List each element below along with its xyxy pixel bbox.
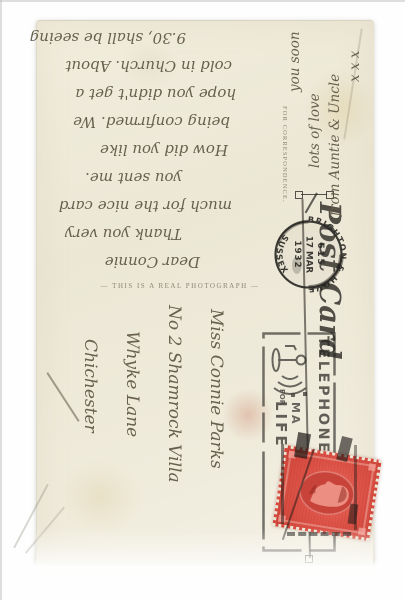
signoff-line: x x x <box>345 24 365 82</box>
message-line: 9.30, shall be seeing <box>36 24 186 52</box>
message-line: cold in Church. About <box>36 52 232 80</box>
signoff-line: you soon <box>285 24 305 92</box>
divider-ornament-square <box>305 555 313 563</box>
message-line: much for the nice card <box>36 192 232 220</box>
postmark-graphic: BRIGHTON & HOVE SUSSEX 615 17 MAR 1932 <box>260 206 357 303</box>
slogan-text-row2: MA <box>289 402 302 425</box>
stamp-corner-ornament <box>368 463 376 471</box>
postcard-photo: FOR CORRESPONDENCE. — THIS IS A REAL PHO… <box>0 0 405 600</box>
cancel-line <box>281 444 284 524</box>
cancel-line <box>354 445 357 530</box>
stamp-corner-ornament <box>358 527 366 535</box>
telephone-icon <box>273 346 307 394</box>
address-line: Whyke Lane <box>111 331 153 545</box>
message-line: being confirmed. We <box>36 108 230 136</box>
message-signoff: you soon lots of love from Auntie & Uncl… <box>285 24 377 220</box>
message-line: you sent me. <box>36 164 182 192</box>
postage-stamp <box>272 445 382 541</box>
postmark-date: 17 MAR <box>304 236 314 274</box>
real-photograph-label: — THIS IS A REAL PHOTOGRAPH — <box>88 282 272 290</box>
slogan-text-row1: TELEPHONE <box>315 336 331 455</box>
message-line: How did you like <box>36 136 228 164</box>
signoff-line: from Auntie & Uncle <box>325 24 345 216</box>
slogan-text-row3-big: LIFE <box>272 401 290 449</box>
slogan-bullet <box>303 392 307 396</box>
cancel-dashes <box>287 532 351 536</box>
postmark-time: 615 <box>315 242 325 266</box>
address-block: Miss Connie Parks No 2 Shamrock Villa Wh… <box>67 305 237 545</box>
slogan-bullet <box>291 393 295 397</box>
photo-edge-left <box>0 0 2 600</box>
address-line: No 2 Shamrock Villa <box>153 305 195 545</box>
message-line: Dear Connie <box>36 248 200 276</box>
address-line: Miss Connie Parks <box>195 309 237 545</box>
handwritten-message: Dear Connie Thank you very much for the … <box>36 24 248 276</box>
address-line: Chichester <box>69 339 111 545</box>
signoff-line: lots of love <box>305 24 325 168</box>
ink-smudge <box>292 256 302 273</box>
message-line: hope you didn't get a <box>36 80 236 108</box>
photo-edge-top <box>0 0 405 2</box>
message-line: Thank you very <box>36 220 182 248</box>
circular-postmark: BRIGHTON & HOVE SUSSEX 615 17 MAR 1932 <box>260 206 357 303</box>
